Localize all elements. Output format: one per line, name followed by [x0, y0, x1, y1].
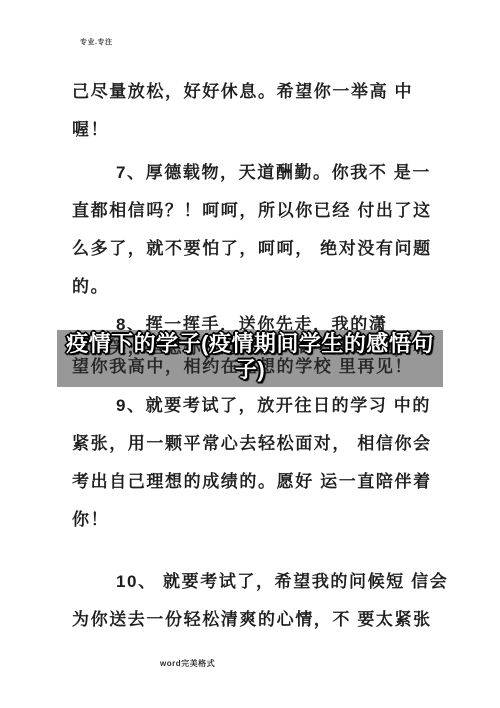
- page-title-line2: 子): [57, 357, 443, 383]
- document-page: 专业.专注 己尽量放松，好好休息。希望你一举高 中喔！7、厚德载物，天道酬勤。你…: [0, 0, 500, 708]
- document-line: 考出自己理想的成绩的。愿好 运一直陪伴着: [72, 472, 432, 491]
- footer-watermark: word完美格式: [160, 658, 215, 669]
- document-line: 己尽量放松，好好休息。希望你一举高 中: [72, 82, 413, 101]
- page-title: 疫情下的学子(疫情期间学生的感悟句 子): [57, 331, 443, 383]
- header-brand-mark: 专业.专注: [80, 37, 112, 47]
- document-line: 7、厚德载物，天道酬勤。你我不 是一: [116, 163, 431, 182]
- document-line: 么多了，就不要怕了，呵呵， 绝对没有问题: [72, 239, 432, 258]
- document-line: 为你送去一份轻松清爽的心情，不 要太紧张: [72, 610, 432, 629]
- document-line: 你！: [72, 510, 109, 529]
- document-line: 喔！: [72, 120, 109, 139]
- document-line: 9、就要考试了，放开往日的学习 中的: [116, 396, 431, 415]
- document-line: 的。: [72, 277, 109, 296]
- document-line: 直都相信吗？！呵呵，所以你已经 付出了这: [72, 201, 432, 220]
- document-line: 紧张，用一颗平常心去轻松面对， 相信你会: [72, 434, 432, 453]
- page-title-line1: 疫情下的学子(疫情期间学生的感悟句: [66, 331, 434, 356]
- document-line: 10、 就要考试了，希望我的问候短 信会: [116, 572, 448, 591]
